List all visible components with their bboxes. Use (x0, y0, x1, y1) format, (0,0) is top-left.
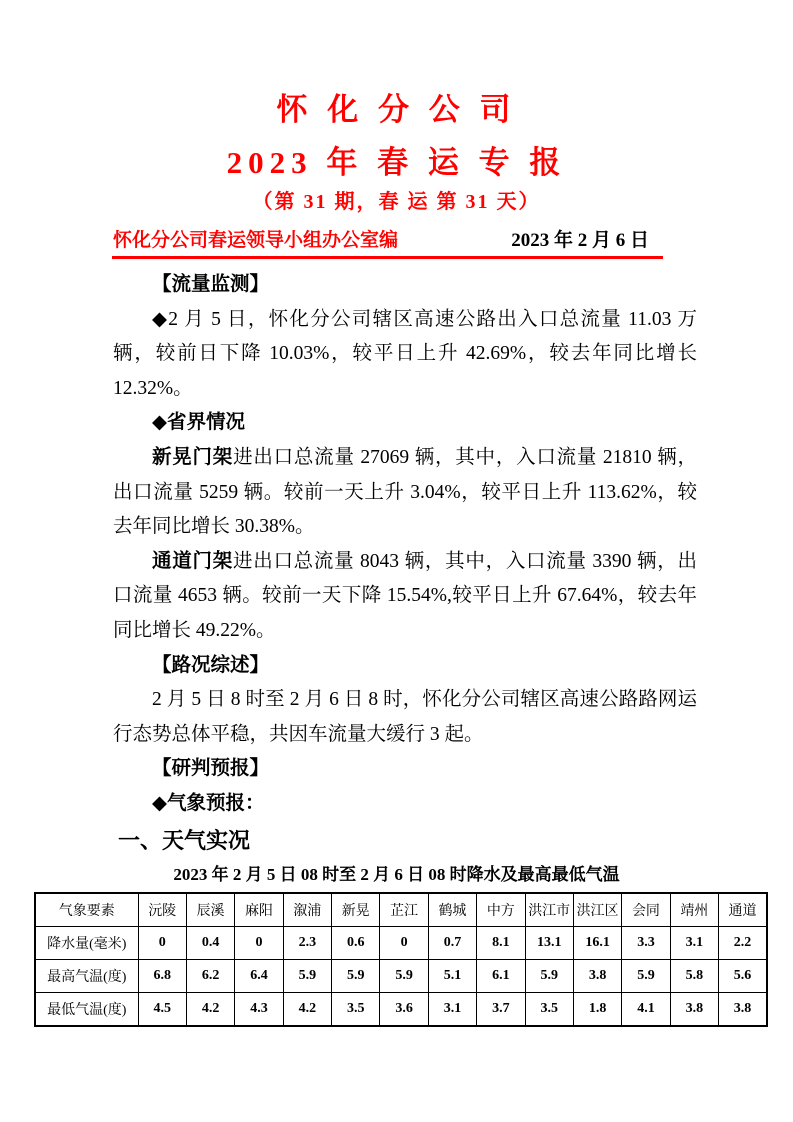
weather-table-title: 2023 年 2 月 5 日 08 时至 2 月 6 日 08 时降水及最高最低… (0, 863, 793, 887)
table-cell: 4.3 (235, 992, 283, 1026)
heading-forecast: 【研判预报】 (113, 752, 697, 787)
table-header-cell: 通道 (719, 893, 768, 927)
table-row-label: 最低气温(度) (35, 992, 138, 1026)
table-cell: 0.7 (428, 926, 476, 959)
table-header-cell: 辰溪 (186, 893, 234, 927)
table-cell: 5.9 (525, 959, 573, 992)
weather-table-head: 气象要素沅陵辰溪麻阳溆浦新晃芷江鹤城中方洪江市洪江区会同靖州通道 (35, 893, 767, 927)
table-header-cell: 溆浦 (283, 893, 331, 927)
table-cell: 3.8 (573, 959, 621, 992)
table-header-cell: 靖州 (670, 893, 718, 927)
table-cell: 16.1 (573, 926, 621, 959)
table-header-cell: 新晃 (332, 893, 380, 927)
table-cell: 3.1 (428, 992, 476, 1026)
table-header-cell: 中方 (477, 893, 525, 927)
table-cell: 3.8 (719, 992, 768, 1026)
table-cell: 6.2 (186, 959, 234, 992)
heading-road-summary: 【路况综述】 (113, 649, 697, 684)
doc-title-line1: 怀 化 分 公 司 (0, 90, 793, 130)
table-cell: 0 (235, 926, 283, 959)
table-cell: 1.8 (573, 992, 621, 1026)
table-cell: 8.1 (477, 926, 525, 959)
heading-traffic-monitor: 【流量监测】 (113, 268, 697, 303)
header-rule (112, 256, 663, 259)
table-cell: 3.5 (332, 992, 380, 1026)
heading-weather-forecast: ◆气象预报： (113, 787, 697, 822)
table-row: 最低气温(度)4.54.24.34.23.53.63.13.73.51.84.1… (35, 992, 767, 1026)
doc-date: 2023 年 2 月 6 日 (511, 229, 649, 253)
table-cell: 4.2 (186, 992, 234, 1026)
para-traffic-monitor: ◆2 月 5 日，怀化分公司辖区高速公路出入口总流量 11.03 万辆，较前日下… (113, 303, 697, 407)
table-cell: 5.9 (283, 959, 331, 992)
table-row: 最高气温(度)6.86.26.45.95.95.95.16.15.93.85.9… (35, 959, 767, 992)
table-cell: 4.5 (138, 992, 186, 1026)
weather-table: 气象要素沅陵辰溪麻阳溆浦新晃芷江鹤城中方洪江市洪江区会同靖州通道 降水量(毫米)… (34, 892, 768, 1027)
doc-title-line2: 2023 年 春 运 专 报 (0, 143, 793, 183)
table-cell: 0 (138, 926, 186, 959)
table-cell: 3.3 (622, 926, 670, 959)
table-header-cell: 会同 (622, 893, 670, 927)
para-road-summary: 2 月 5 日 8 时至 2 月 6 日 8 时，怀化分公司辖区高速公路路网运行… (113, 683, 697, 752)
table-cell: 5.1 (428, 959, 476, 992)
table-cell: 0.4 (186, 926, 234, 959)
table-cell: 4.1 (622, 992, 670, 1026)
xinhuang-gantry-label: 新晃门架 (152, 447, 233, 468)
table-cell: 5.9 (380, 959, 428, 992)
document-body: 【流量监测】 ◆2 月 5 日，怀化分公司辖区高速公路出入口总流量 11.03 … (113, 268, 697, 822)
table-cell: 3.7 (477, 992, 525, 1026)
table-row-label: 降水量(毫米) (35, 926, 138, 959)
table-cell: 3.6 (380, 992, 428, 1026)
table-cell: 3.8 (670, 992, 718, 1026)
para-tongdao-gantry: 通道门架进出口总流量 8043 辆，其中，入口流量 3390 辆，出口流量 46… (113, 545, 697, 649)
document-header: 怀 化 分 公 司 2023 年 春 运 专 报 （第 31 期，春 运 第 3… (0, 0, 793, 259)
table-cell: 3.1 (670, 926, 718, 959)
doc-issue-line: （第 31 期，春 运 第 31 天） (0, 188, 793, 216)
table-cell: 6.1 (477, 959, 525, 992)
table-cell: 0.6 (332, 926, 380, 959)
section-weather-actual: 一、天气实况 (118, 826, 793, 856)
table-row: 降水量(毫米)00.402.30.600.78.113.116.13.33.12… (35, 926, 767, 959)
table-row-label: 最高气温(度) (35, 959, 138, 992)
table-cell: 0 (380, 926, 428, 959)
table-cell: 5.6 (719, 959, 768, 992)
table-cell: 5.9 (622, 959, 670, 992)
weather-table-header-row: 气象要素沅陵辰溪麻阳溆浦新晃芷江鹤城中方洪江市洪江区会同靖州通道 (35, 893, 767, 927)
table-cell: 5.9 (332, 959, 380, 992)
table-cell: 4.2 (283, 992, 331, 1026)
table-header-cell: 麻阳 (235, 893, 283, 927)
table-header-cell: 鹤城 (428, 893, 476, 927)
editor-row: 怀化分公司春运领导小组办公室编 2023 年 2 月 6 日 (113, 229, 663, 253)
tongdao-gantry-label: 通道门架 (152, 551, 233, 572)
editor-label: 怀化分公司春运领导小组办公室编 (113, 229, 398, 253)
table-header-cell: 芷江 (380, 893, 428, 927)
heading-provincial-border: ◆省界情况 (113, 406, 697, 441)
para-xinhuang-gantry: 新晃门架进出口总流量 27069 辆，其中，入口流量 21810 辆，出口流量 … (113, 441, 697, 545)
table-header-cell: 洪江区 (573, 893, 621, 927)
table-corner-label: 气象要素 (35, 893, 138, 927)
table-cell: 6.4 (235, 959, 283, 992)
table-cell: 6.8 (138, 959, 186, 992)
table-header-cell: 沅陵 (138, 893, 186, 927)
document-page: 怀 化 分 公 司 2023 年 春 运 专 报 （第 31 期，春 运 第 3… (0, 0, 793, 1122)
table-cell: 13.1 (525, 926, 573, 959)
table-header-cell: 洪江市 (525, 893, 573, 927)
weather-table-body: 降水量(毫米)00.402.30.600.78.113.116.13.33.12… (35, 926, 767, 1026)
table-cell: 2.3 (283, 926, 331, 959)
table-cell: 5.8 (670, 959, 718, 992)
table-cell: 3.5 (525, 992, 573, 1026)
table-cell: 2.2 (719, 926, 768, 959)
